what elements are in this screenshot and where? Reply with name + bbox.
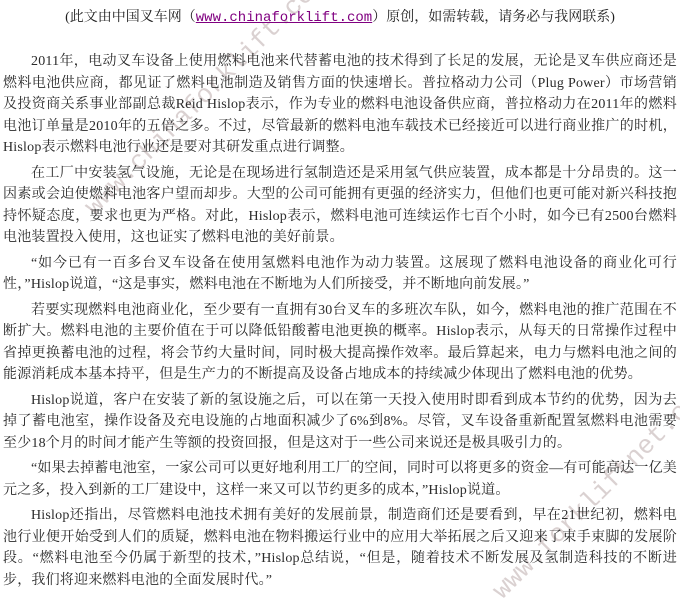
article-body: (此文由中国叉车网（www.chinaforklift.com）原创，如需转载，… <box>0 0 680 606</box>
paragraph: Hislop说道，客户在安装了新的氢设施之后，可以在第一天投入使用时即看到成本节… <box>3 390 677 455</box>
article-text: 2011年，电动叉车设备上使用燃料电池来代替蓄电池的技术得到了长足的发展，无论是… <box>3 51 677 591</box>
attribution-suffix: ）原创，如需转载，请务必与我网联系) <box>372 10 615 25</box>
attribution-prefix: (此文由中国叉车网（ <box>65 10 196 25</box>
paragraph: 在工厂中安装氢气设施，无论是在现场进行氢制造还是采用氢气供应装置，成本都是十分昂… <box>3 163 677 249</box>
paragraph: 若要实现燃料电池商业化，至少要有一直拥有30台叉车的多班次车队，如今，燃料电池的… <box>3 300 677 386</box>
article-page: { "header": { "prefix": "(此文由中国叉车网（", "l… <box>0 0 680 606</box>
attribution-line: (此文由中国叉车网（www.chinaforklift.com）原创，如需转载，… <box>3 7 677 29</box>
paragraph: “如今已有一百多台叉车设备在使用氢燃料电池作为动力装置。这展现了燃料电池设备的商… <box>3 253 677 296</box>
paragraph: “如果去掉蓄电池室，一家公司可以更好地利用工厂的空间，同时可以将更多的资金—有可… <box>3 458 677 501</box>
paragraph: Hislop还指出，尽管燃料电池技术拥有美好的发展前景，制造商们还是要看到，早在… <box>3 505 677 591</box>
chinaforklift-link[interactable]: www.chinaforklift.com <box>196 10 372 26</box>
paragraph: 2011年，电动叉车设备上使用燃料电池来代替蓄电池的技术得到了长足的发展，无论是… <box>3 51 677 159</box>
